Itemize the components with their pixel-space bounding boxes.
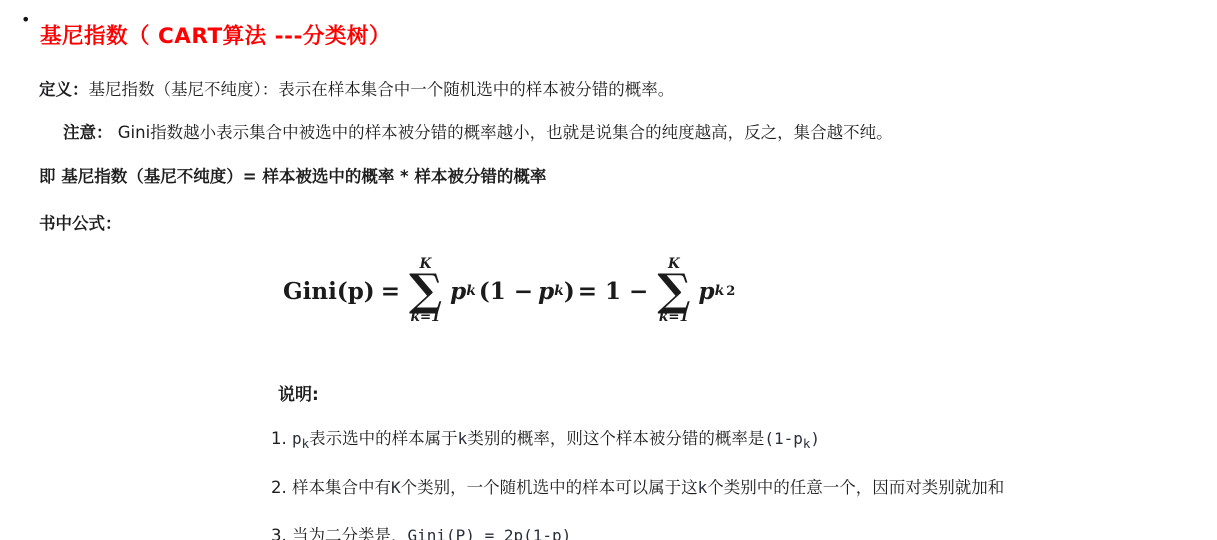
item2-k: k	[698, 478, 708, 497]
item1-k: k	[458, 429, 468, 448]
formula-p2: p	[538, 278, 554, 305]
page-title: 基尼指数（ CART算法 ---分类树）	[40, 19, 391, 50]
explanation-item-2: 2. 样本集合中有K个类别，一个随机选中的样本可以属于这k个类别中的任意一个，因…	[271, 477, 1004, 499]
item3-code: Gini(P) = 2p(1-p)	[408, 526, 572, 540]
formula-mid: = 1 −	[578, 278, 649, 305]
sum1-lower-limit: k=1	[411, 310, 441, 325]
formula-p1-sub: k	[466, 283, 476, 299]
formula-p3: p	[698, 278, 714, 305]
formula-p1: p	[450, 278, 466, 305]
item3-text1: 3. 当为二分类是，	[271, 526, 408, 540]
explanation-item-3: 3. 当为二分类是，Gini(P) = 2p(1-p)	[271, 525, 571, 540]
document-page: • 基尼指数（ CART算法 ---分类树） 定义：基尼指数（基尼不纯度）：表示…	[0, 0, 1217, 540]
gini-formula: Gini(p) = K ∑ k=1 pk (1 − pk) = 1 − K ∑ …	[280, 243, 735, 339]
sum2-lower-limit: k=1	[659, 310, 689, 325]
item1-pk: p	[292, 429, 302, 448]
note-line: 注意： Gini指数越小表示集合中被选中的样本被分错的概率越小，也就是说集合的纯…	[63, 122, 893, 144]
definition-line: 定义：基尼指数（基尼不纯度）：表示在样本集合中一个随机选中的样本被分错的概率。	[39, 79, 674, 101]
formula-squared: 2	[726, 284, 735, 299]
summation-2: K ∑ k=1	[657, 257, 690, 325]
formula-paren-close: )	[564, 278, 575, 305]
note-label: 注意：	[63, 123, 113, 142]
equation-statement: 即 基尼指数（基尼不纯度）= 样本被选中的概率 * 样本被分错的概率	[39, 166, 546, 188]
item1-text2: 类别的概率，则这个样本被分错的概率是	[467, 429, 764, 448]
sigma-icon: ∑	[657, 272, 690, 311]
sigma-icon: ∑	[409, 272, 442, 311]
definition-label: 定义：	[39, 80, 89, 99]
item2-K: K	[391, 478, 401, 497]
item2-text2: 个类别，一个随机选中的样本可以属于这	[401, 478, 698, 497]
explanation-item-1: 1. pk表示选中的样本属于k类别的概率，则这个样本被分错的概率是(1-pk)	[271, 428, 820, 453]
item1-text1: 表示选中的样本属于	[309, 429, 458, 448]
bullet-marker: •	[21, 10, 30, 29]
item1-open: (1-p	[764, 429, 803, 448]
item2-text1: 2. 样本集合中有	[271, 478, 391, 497]
explanation-heading: 说明:	[278, 384, 319, 407]
formula-equals: =	[381, 278, 400, 305]
formula-p2-sub: k	[554, 283, 564, 299]
formula-heading: 书中公式：	[39, 213, 122, 235]
item2-text3: 个类别中的任意一个，因而对类别就加和	[707, 478, 1004, 497]
item1-close: )	[810, 429, 820, 448]
definition-text: 基尼指数（基尼不纯度）：表示在样本集合中一个随机选中的样本被分错的概率。	[89, 80, 675, 99]
formula-paren-open: (1 −	[479, 278, 533, 305]
note-text: Gini指数越小表示集合中被选中的样本被分错的概率越小，也就是说集合的纯度越高，…	[113, 123, 893, 142]
formula-p3-sub: k	[715, 283, 725, 299]
summation-1: K ∑ k=1	[409, 257, 442, 325]
formula-lhs: Gini(p)	[283, 278, 375, 305]
item1-number: 1.	[271, 429, 292, 448]
